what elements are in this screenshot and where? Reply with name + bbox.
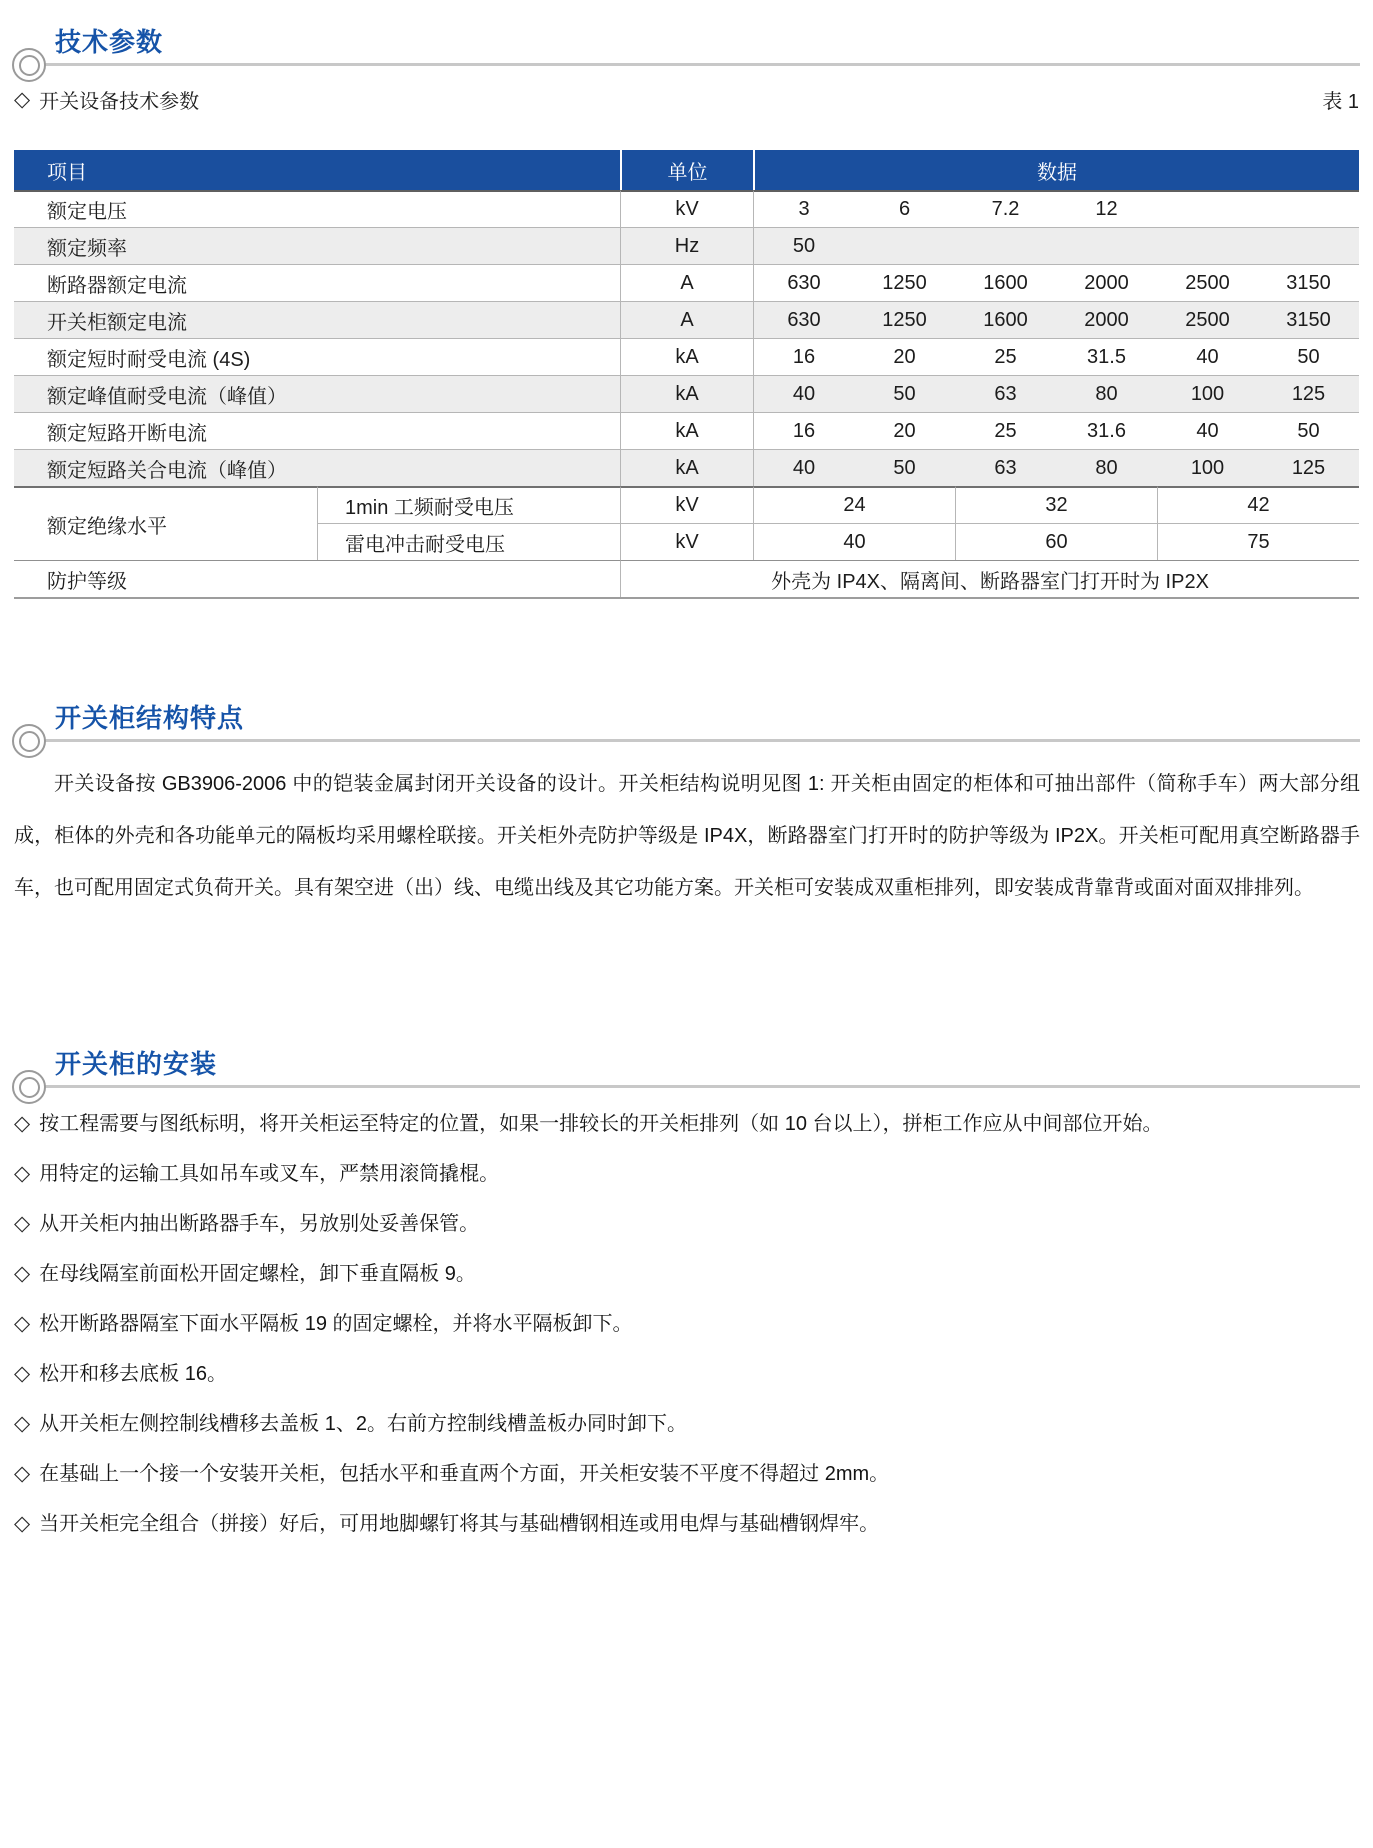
param-name-cell: 额定电压 <box>14 190 620 227</box>
unit-cell: kA <box>620 338 753 375</box>
section-header-structure: 开关柜结构特点 <box>0 702 1360 742</box>
list-item: ◇松开断路器隔室下面水平隔板 19 的固定螺栓，并将水平隔板卸下。 <box>14 1312 1359 1336</box>
value-cell: 40 <box>753 449 854 486</box>
diamond-icon: ◇ <box>14 1212 30 1236</box>
value-cell <box>1157 227 1258 264</box>
section-rule <box>30 739 1360 742</box>
diamond-icon: ◇ <box>14 1412 30 1436</box>
list-item-text: 松开断路器隔室下面水平隔板 19 的固定螺栓，并将水平隔板卸下。 <box>39 1312 632 1336</box>
value-cell: 6 <box>854 190 955 227</box>
list-item-text: 从开关柜左侧控制线槽移去盖板 1、2。右前方控制线槽盖板办同时卸下。 <box>39 1412 687 1436</box>
param-name-cell: 额定峰值耐受电流（峰值） <box>14 375 620 412</box>
list-item-text: 用特定的运输工具如吊车或叉车，严禁用滚筒撬棍。 <box>39 1162 499 1186</box>
col-header-unit: 单位 <box>620 150 753 190</box>
diamond-icon: ◇ <box>14 1312 30 1336</box>
section-title: 技术参数 <box>55 22 163 59</box>
param-name-cell: 额定绝缘水平 <box>14 486 317 560</box>
param-name-cell: 额定短时耐受电流 (4S) <box>14 338 620 375</box>
unit-cell: A <box>620 301 753 338</box>
list-item-text: 在基础上一个接一个安装开关柜，包括水平和垂直两个方面，开关柜安装不平度不得超过 … <box>39 1462 889 1486</box>
list-item: ◇在基础上一个接一个安装开关柜，包括水平和垂直两个方面，开关柜安装不平度不得超过… <box>14 1462 1359 1486</box>
col-header-data: 数据 <box>753 150 1359 190</box>
section-title: 开关柜的安装 <box>55 1044 217 1081</box>
diamond-icon: ◇ <box>14 87 30 112</box>
section-marker-inner-ring <box>19 55 40 76</box>
param-name-cell: 断路器额定电流 <box>14 264 620 301</box>
diamond-icon: ◇ <box>14 1262 30 1286</box>
value-cell: 40 <box>1157 338 1258 375</box>
section-marker-inner-ring <box>19 1077 40 1098</box>
list-item: ◇用特定的运输工具如吊车或叉车，严禁用滚筒撬棍。 <box>14 1162 1359 1186</box>
unit-cell: kV <box>620 523 753 560</box>
section-marker-inner-ring <box>19 731 40 752</box>
value-cell: 20 <box>854 412 955 449</box>
value-cell <box>1056 227 1157 264</box>
unit-cell: kA <box>620 412 753 449</box>
diamond-icon: ◇ <box>14 1112 30 1136</box>
col-header-item: 项目 <box>14 150 620 190</box>
list-item: ◇按工程需要与图纸标明，将开关柜运至特定的位置，如果一排较长的开关柜排列（如 1… <box>14 1112 1359 1136</box>
value-cell: 外壳为 IP4X、隔离间、断路器室门打开时为 IP2X <box>620 560 1359 597</box>
section-marker-icon <box>12 48 46 82</box>
value-cell: 16 <box>753 412 854 449</box>
tech-params-table: 项目 单位 数据 额定电压 kV 3 6 7.2 12 额定频率 Hz 50 断… <box>14 150 1359 599</box>
value-cell: 40 <box>753 375 854 412</box>
value-cell: 50 <box>854 449 955 486</box>
value-cell: 63 <box>955 449 1056 486</box>
diamond-icon: ◇ <box>14 1512 30 1536</box>
value-cell: 40 <box>753 523 955 560</box>
section-rule <box>30 63 1360 66</box>
value-cell: 50 <box>1258 338 1359 375</box>
value-cell: 3150 <box>1258 264 1359 301</box>
value-cell: 12 <box>1056 190 1157 227</box>
unit-cell: A <box>620 264 753 301</box>
value-cell: 1250 <box>854 264 955 301</box>
value-cell: 50 <box>753 227 854 264</box>
value-cell: 25 <box>955 412 1056 449</box>
section-title: 开关柜结构特点 <box>55 698 244 735</box>
list-item-text: 在母线隔室前面松开固定螺栓，卸下垂直隔板 9。 <box>39 1262 476 1286</box>
diamond-icon: ◇ <box>14 1362 30 1386</box>
value-cell: 20 <box>854 338 955 375</box>
sub-param-cell: 1min 工频耐受电压 <box>317 486 620 523</box>
value-cell: 80 <box>1056 375 1157 412</box>
diamond-icon: ◇ <box>14 1162 30 1186</box>
table-subtitle-label: 开关设备技术参数 <box>39 85 199 114</box>
unit-cell: kA <box>620 449 753 486</box>
value-cell: 75 <box>1157 523 1359 560</box>
value-cell: 3150 <box>1258 301 1359 338</box>
section-header-tech-params: 技术参数 <box>0 26 1360 66</box>
structure-paragraph: 开关设备按 GB3906-2006 中的铠装金属封闭开关设备的设计。开关柜结构说… <box>14 758 1360 914</box>
list-item: ◇从开关柜左侧控制线槽移去盖板 1、2。右前方控制线槽盖板办同时卸下。 <box>14 1412 1359 1436</box>
unit-cell: Hz <box>620 227 753 264</box>
value-cell: 630 <box>753 264 854 301</box>
value-cell <box>1258 190 1359 227</box>
value-cell: 42 <box>1157 486 1359 523</box>
list-item-text: 当开关柜完全组合（拼接）好后，可用地脚螺钉将其与基础槽钢相连或用电焊与基础槽钢焊… <box>39 1512 879 1536</box>
value-cell: 2000 <box>1056 301 1157 338</box>
unit-cell: kA <box>620 375 753 412</box>
table-caption-row: ◇ 开关设备技术参数 表 1 <box>14 85 1359 114</box>
section-marker-icon <box>12 1070 46 1104</box>
value-cell <box>1157 190 1258 227</box>
document-page: 技术参数 ◇ 开关设备技术参数 表 1 项目 单位 数据 额定电压 kV 3 6… <box>0 0 1373 1848</box>
param-name-cell: 额定短路开断电流 <box>14 412 620 449</box>
section-header-install: 开关柜的安装 <box>0 1048 1360 1088</box>
value-cell: 80 <box>1056 449 1157 486</box>
list-item-text: 按工程需要与图纸标明，将开关柜运至特定的位置，如果一排较长的开关柜排列（如 10… <box>39 1112 1162 1136</box>
value-cell: 100 <box>1157 449 1258 486</box>
section-marker-icon <box>12 724 46 758</box>
value-cell <box>854 227 955 264</box>
value-cell: 63 <box>955 375 1056 412</box>
value-cell: 1600 <box>955 264 1056 301</box>
sub-param-cell: 雷电冲击耐受电压 <box>317 523 620 560</box>
value-cell: 2500 <box>1157 264 1258 301</box>
value-cell: 31.6 <box>1056 412 1157 449</box>
value-cell: 7.2 <box>955 190 1056 227</box>
value-cell: 32 <box>955 486 1157 523</box>
list-item: ◇在母线隔室前面松开固定螺栓，卸下垂直隔板 9。 <box>14 1262 1359 1286</box>
param-name-cell: 防护等级 <box>14 560 620 597</box>
list-item-text: 从开关柜内抽出断路器手车，另放别处妥善保管。 <box>39 1212 479 1236</box>
value-cell: 50 <box>1258 412 1359 449</box>
param-name-cell: 额定短路关合电流（峰值） <box>14 449 620 486</box>
diamond-icon: ◇ <box>14 1462 30 1486</box>
table-subtitle: ◇ 开关设备技术参数 <box>14 85 199 114</box>
value-cell: 1600 <box>955 301 1056 338</box>
param-name-cell: 额定频率 <box>14 227 620 264</box>
value-cell: 50 <box>854 375 955 412</box>
value-cell: 31.5 <box>1056 338 1157 375</box>
list-item: ◇松开和移去底板 16。 <box>14 1362 1359 1386</box>
value-cell: 40 <box>1157 412 1258 449</box>
value-cell <box>1258 227 1359 264</box>
list-item: ◇从开关柜内抽出断路器手车，另放别处妥善保管。 <box>14 1212 1359 1236</box>
install-steps-list: ◇按工程需要与图纸标明，将开关柜运至特定的位置，如果一排较长的开关柜排列（如 1… <box>14 1112 1359 1562</box>
value-cell: 16 <box>753 338 854 375</box>
list-item-text: 松开和移去底板 16。 <box>39 1362 227 1386</box>
value-cell: 100 <box>1157 375 1258 412</box>
value-cell: 60 <box>955 523 1157 560</box>
value-cell: 2500 <box>1157 301 1258 338</box>
unit-cell: kV <box>620 486 753 523</box>
value-cell: 25 <box>955 338 1056 375</box>
value-cell: 3 <box>753 190 854 227</box>
value-cell: 2000 <box>1056 264 1157 301</box>
param-name-cell: 开关柜额定电流 <box>14 301 620 338</box>
value-cell: 125 <box>1258 375 1359 412</box>
table-number-label: 表 1 <box>1322 85 1359 114</box>
section-rule <box>30 1085 1360 1088</box>
value-cell: 1250 <box>854 301 955 338</box>
list-item: ◇当开关柜完全组合（拼接）好后，可用地脚螺钉将其与基础槽钢相连或用电焊与基础槽钢… <box>14 1512 1359 1536</box>
value-cell: 24 <box>753 486 955 523</box>
value-cell <box>955 227 1056 264</box>
unit-cell: kV <box>620 190 753 227</box>
value-cell: 125 <box>1258 449 1359 486</box>
value-cell: 630 <box>753 301 854 338</box>
